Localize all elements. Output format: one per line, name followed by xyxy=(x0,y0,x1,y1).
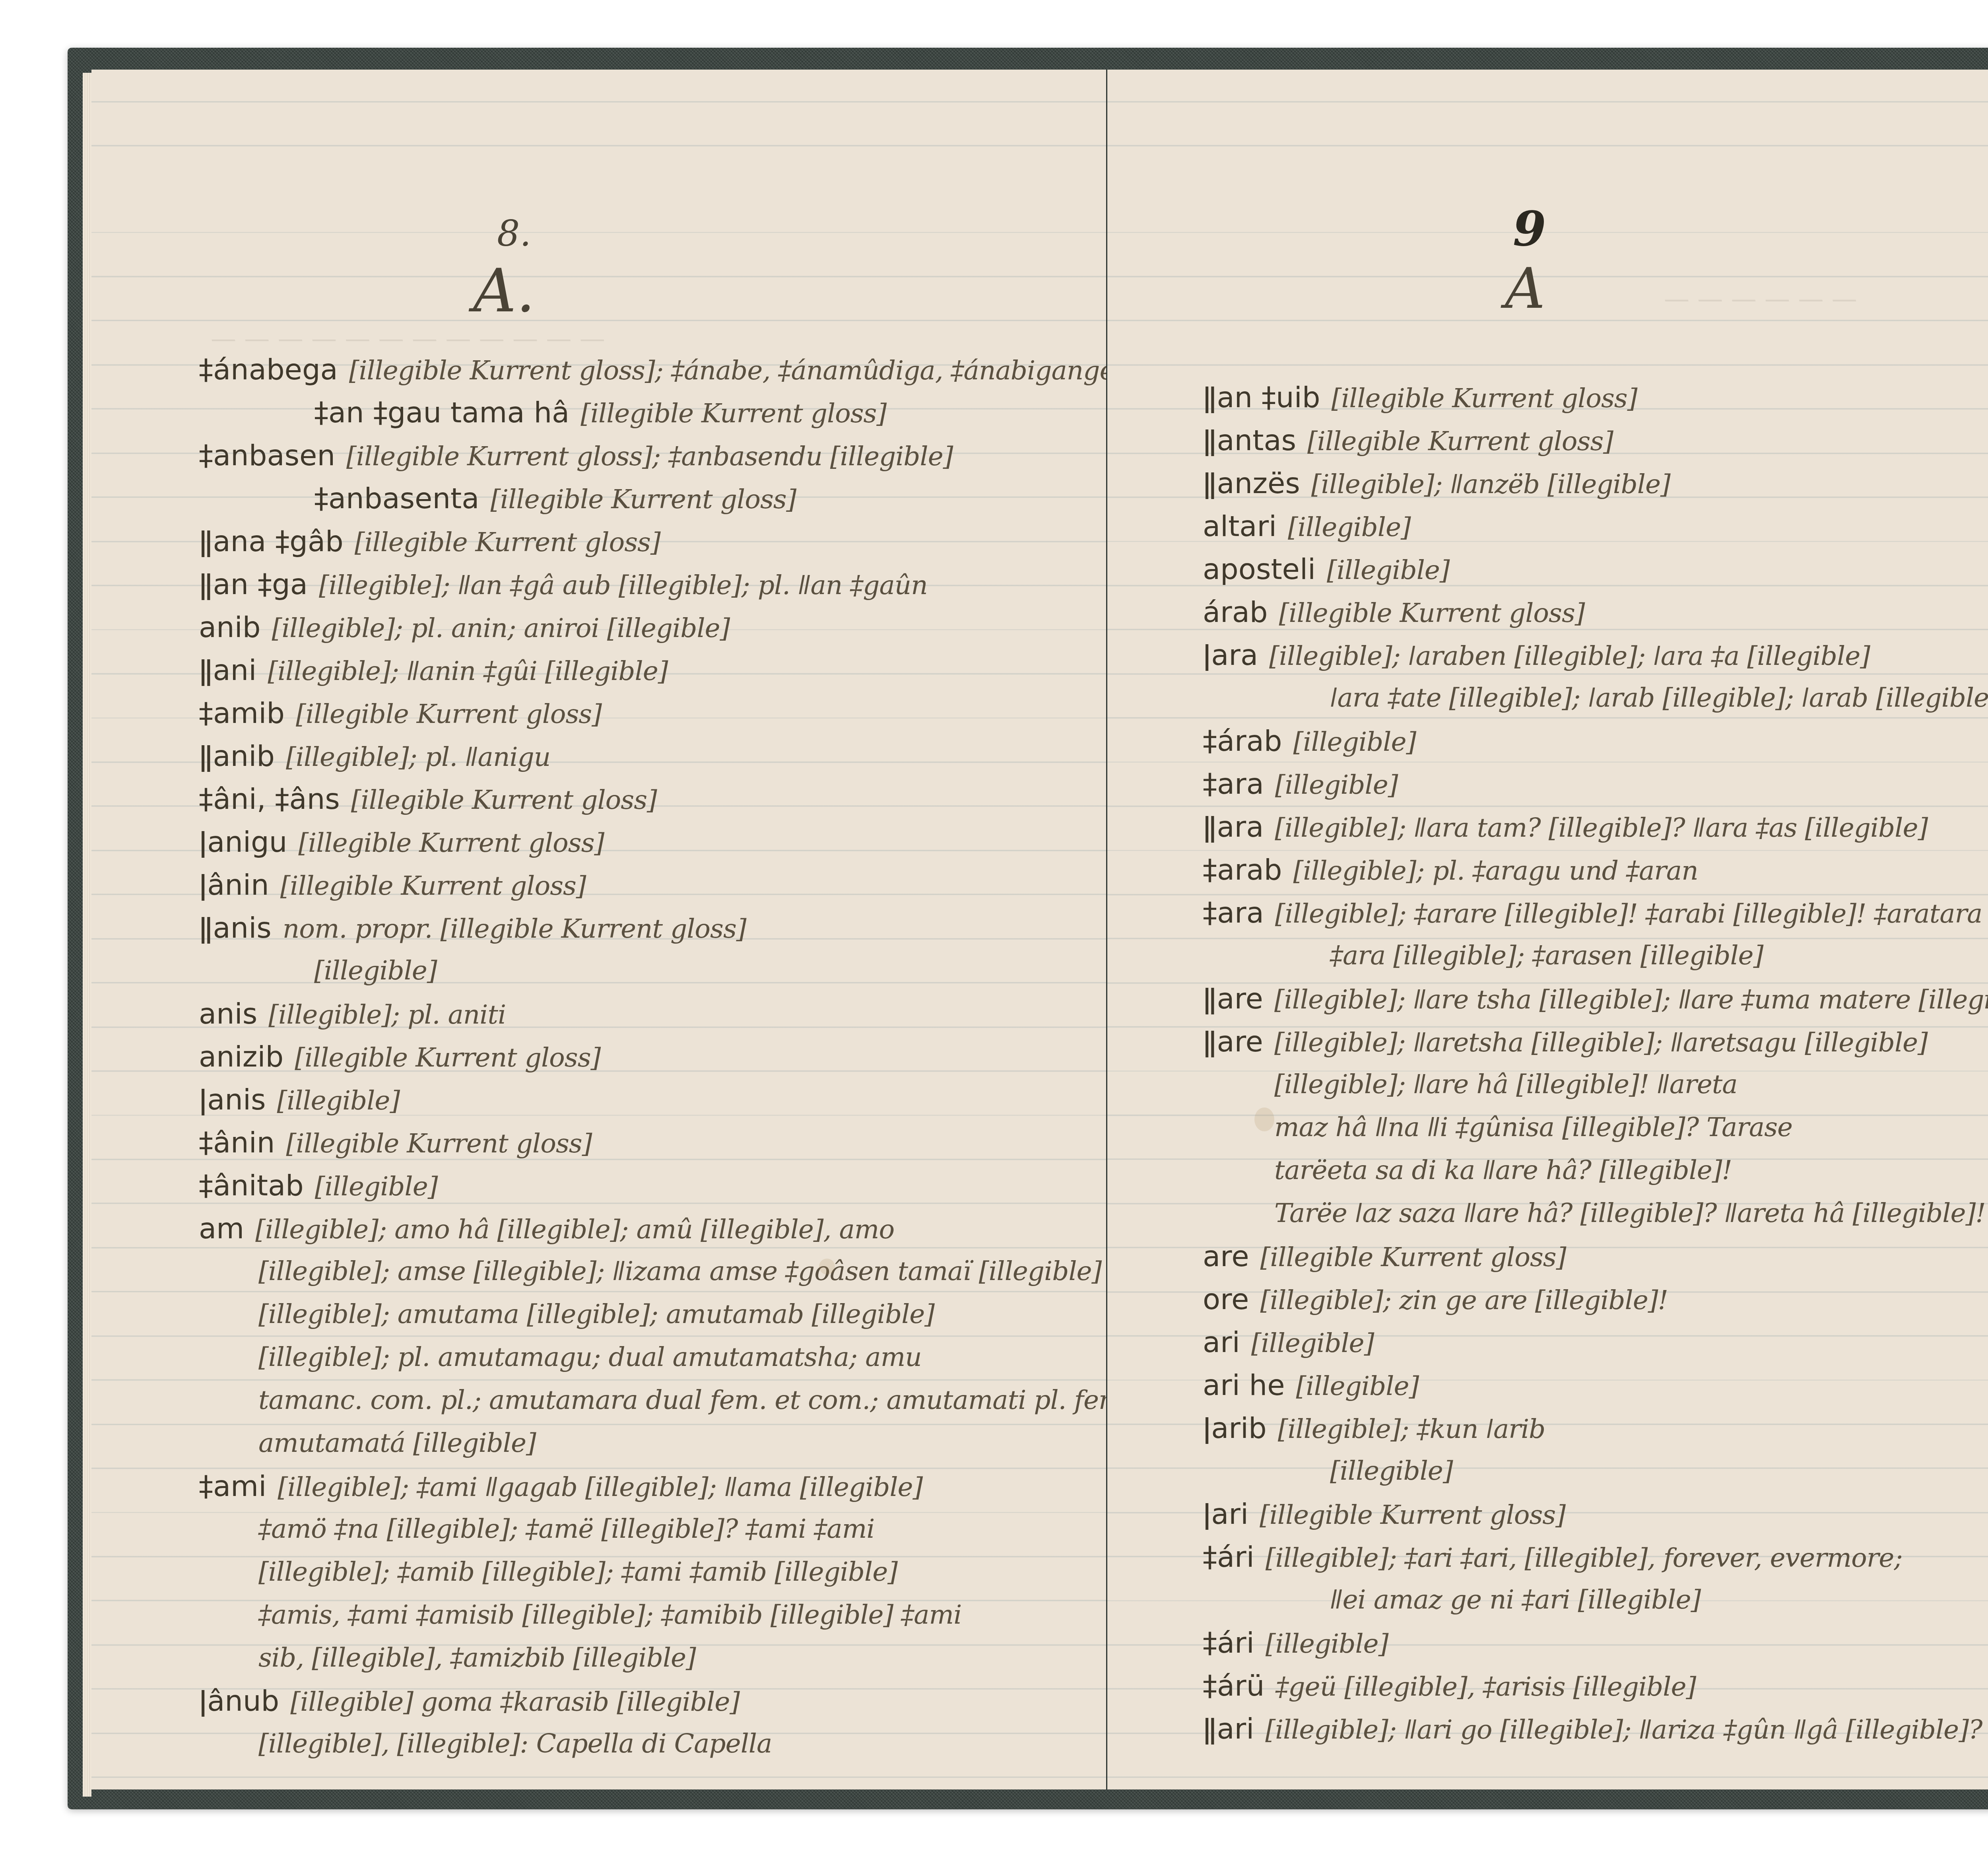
dictionary-entry-line: ǀara[illegible]; ǀaraben [illegible]; ǀa… xyxy=(1107,633,1988,676)
headword: ǁare xyxy=(1203,982,1263,1015)
dictionary-entry-line: ‡amis, ‡ami ‡amisib [illegible]; ‡amibib… xyxy=(91,1593,1106,1636)
headword: ǁani xyxy=(199,653,256,687)
dictionary-entry-line: ‡ári[illegible] xyxy=(1107,1621,1988,1664)
headword: aposteli xyxy=(1203,552,1316,586)
gloss: [illegible]; ǁanin ‡gûi [illegible] xyxy=(268,656,668,686)
dictionary-entry-line: [illegible]; ǁare hâ [illegible]! ǁareta xyxy=(1107,1063,1988,1106)
gloss: [illegible]; ‡kun ǀarib xyxy=(1278,1414,1545,1444)
gloss: ǁei amaz ge ni ‡ari [illegible] xyxy=(1330,1584,1701,1615)
headword: ‡ami xyxy=(199,1469,266,1503)
dictionary-entry-line: anis[illegible]; pl. aniti xyxy=(91,992,1106,1035)
dictionary-entry-line: Tarëe ǀaz saza ǁare hâ? [illegible]? ǁar… xyxy=(1107,1192,1988,1235)
dictionary-entry-line: am[illegible]; amo hâ [illegible]; amû [… xyxy=(91,1207,1106,1250)
dictionary-entry-line: ǁari[illegible]; ǁari go [illegible]; ǁa… xyxy=(1107,1707,1988,1750)
page-number: 8. xyxy=(497,213,531,255)
headword: ‡ári xyxy=(1203,1540,1254,1574)
headword: am xyxy=(199,1212,244,1245)
dictionary-entry-line: ‡ânin[illegible Kurrent gloss] xyxy=(91,1121,1106,1164)
section-letter: A xyxy=(1505,256,1545,321)
gloss: [illegible] xyxy=(277,1085,400,1116)
dictionary-entry-line: ǁan ‡ga[illegible]; ǁan ‡gâ aub [illegib… xyxy=(91,563,1106,606)
dictionary-entry-line: ǁare[illegible]; ǁaretsha [illegible]; ǁ… xyxy=(1107,1020,1988,1063)
dictionary-entry-line: [illegible]; pl. amutamagu; dual amutama… xyxy=(91,1336,1106,1379)
dictionary-entry-line: altari[illegible] xyxy=(1107,505,1988,548)
dictionary-entry-line: ǀanis[illegible] xyxy=(91,1078,1106,1121)
gloss: ǀara ‡ate [illegible]; ǀarab [illegible]… xyxy=(1330,682,1988,713)
dictionary-entry-line: ‡ânitab[illegible] xyxy=(91,1164,1106,1207)
dictionary-entry-line: ǀânub[illegible] goma ‡karasib [illegibl… xyxy=(91,1679,1106,1722)
headword: ǁantas xyxy=(1203,424,1296,457)
gloss: [illegible] xyxy=(314,955,437,986)
headword: anis xyxy=(199,997,257,1030)
gloss: [illegible Kurrent gloss] xyxy=(1307,426,1613,457)
gloss: nom. propr. [illegible Kurrent gloss] xyxy=(283,913,746,944)
dictionary-entry-line: ‡amö ‡na [illegible]; ‡amë [illegible]? … xyxy=(91,1508,1106,1550)
gloss: ‡geü [illegible], ‡arisis [illegible] xyxy=(1276,1671,1696,1702)
gloss: [illegible]; ǀaraben [illegible]; ǀara ‡… xyxy=(1269,641,1870,671)
dictionary-entry-line: ǀanigu[illegible Kurrent gloss] xyxy=(91,820,1106,863)
headword: ǀânin xyxy=(199,868,269,901)
headword: ‡âni, ‡âns xyxy=(199,782,340,816)
dictionary-entry-line: ‡anbasenta[illegible Kurrent gloss] xyxy=(91,477,1106,520)
gloss: [illegible]; ǁanzëb [illegible] xyxy=(1311,469,1670,499)
dictionary-entry-line: [illegible], [illegible]: Capella di Cap… xyxy=(91,1722,1106,1765)
headword: árab xyxy=(1203,595,1268,629)
dictionary-entry-line: ‡ara [illegible]; ‡arasen [illegible] xyxy=(1107,934,1988,977)
gloss: [illegible Kurrent gloss] xyxy=(1279,598,1585,628)
gloss: [illegible] xyxy=(1327,555,1450,585)
dictionary-entry-line: ‡ári[illegible]; ‡ari ‡ari, [illegible],… xyxy=(1107,1535,1988,1578)
dictionary-entry-line: are[illegible Kurrent gloss] xyxy=(1107,1235,1988,1278)
gloss: sib, [illegible], ‡amizbib [illegible] xyxy=(258,1642,696,1673)
dictionary-entry-line: ǀânin[illegible Kurrent gloss] xyxy=(91,863,1106,906)
headword: altari xyxy=(1203,509,1277,543)
headword: ‡anbasen xyxy=(199,439,335,472)
gloss: [illegible], [illegible]: Capella di Cap… xyxy=(258,1728,772,1759)
gloss: [illegible Kurrent gloss] xyxy=(1331,383,1637,414)
gloss: [illegible]; ǁan ‡gâ aub [illegible]; pl… xyxy=(319,570,928,600)
dictionary-entry-line: árab[illegible Kurrent gloss] xyxy=(1107,591,1988,633)
page-number: 9 xyxy=(1513,201,1546,257)
gloss: [illegible]; pl. ‡aragu und ‡aran xyxy=(1293,855,1698,886)
gloss: [illegible]; ǁare hâ [illegible]! ǁareta xyxy=(1274,1069,1738,1100)
gloss: [illegible Kurrent gloss] xyxy=(296,699,602,729)
headword: ‡árü xyxy=(1203,1669,1264,1702)
dictionary-entry-line: ǁantas[illegible Kurrent gloss] xyxy=(1107,419,1988,462)
headword: ǁanib xyxy=(199,739,275,773)
gloss: [illegible]; ǁaretsha [illegible]; ǁaret… xyxy=(1274,1027,1928,1058)
dictionary-entry-line: ǁani[illegible]; ǁanin ‡gûi [illegible] xyxy=(91,649,1106,692)
gloss: maz hâ ǁna ǁi ‡gûnisa [illegible]? Taras… xyxy=(1274,1112,1792,1142)
gloss: [illegible] xyxy=(1266,1628,1388,1659)
headword: ǁana ‡gâb xyxy=(199,525,344,558)
dictionary-entry-line: ‡an ‡gau tama hâ[illegible Kurrent gloss… xyxy=(91,391,1106,434)
gloss: ‡amis, ‡ami ‡amisib [illegible]; ‡amibib… xyxy=(258,1599,961,1630)
dictionary-entry-line: ‡anbasen[illegible Kurrent gloss]; ‡anba… xyxy=(91,434,1106,477)
gloss: amutamatá [illegible] xyxy=(258,1428,536,1458)
section-letter: A. xyxy=(473,256,535,326)
dictionary-entry-line: ‡âni, ‡âns[illegible Kurrent gloss] xyxy=(91,777,1106,820)
headword: ǁari xyxy=(1203,1712,1254,1745)
dictionary-entry-line: ‡ara[illegible] xyxy=(1107,762,1988,805)
dictionary-entry-line: ‡ara[illegible]; ‡arare [illegible]! ‡ar… xyxy=(1107,891,1988,934)
headword: ǁan ‡ga xyxy=(199,567,308,601)
dictionary-entry-line: ‡ánabega[illegible Kurrent gloss]; ‡ánab… xyxy=(91,348,1106,391)
gloss: [illegible]; ‡ari ‡ari, [illegible], for… xyxy=(1266,1543,1903,1573)
headword: ari xyxy=(1203,1325,1240,1359)
gloss: [illegible Kurrent gloss] xyxy=(295,1042,600,1073)
gloss: [illegible] xyxy=(1293,727,1416,757)
gloss: [illegible]; amutama [illegible]; amutam… xyxy=(258,1299,934,1329)
headword: ‡ara xyxy=(1203,767,1264,800)
dictionary-entry-line: [illegible]; ‡amib [illegible]; ‡ami ‡am… xyxy=(91,1550,1106,1593)
gloss: [illegible] xyxy=(1288,512,1411,542)
gloss: [illegible]; zin ge are [illegible]! xyxy=(1260,1285,1668,1315)
gloss: Tarëe ǀaz saza ǁare hâ? [illegible]? ǁar… xyxy=(1274,1198,1986,1228)
gloss: tarëeta sa di ka ǁare hâ? [illegible]! xyxy=(1274,1155,1732,1185)
headword: ‡ánabega xyxy=(199,353,338,386)
dictionary-entry-line: ǁan ‡uib[illegible Kurrent gloss] xyxy=(1107,376,1988,419)
gloss: [illegible]; amse [illegible]; ǁizama am… xyxy=(258,1256,1101,1286)
dictionary-entry-line: [illegible]; amutama [illegible]; amutam… xyxy=(91,1293,1106,1336)
dictionary-entry-line: ǀarib[illegible]; ‡kun ǀarib xyxy=(1107,1407,1988,1449)
headword: ‡ara xyxy=(1203,896,1264,929)
gloss: [illegible]; ‡arare [illegible]! ‡arabi … xyxy=(1275,898,1988,929)
gloss: [illegible] xyxy=(1296,1371,1419,1401)
dictionary-entry-line: ǁanib[illegible]; pl. ǁanigu xyxy=(91,734,1106,777)
headword: ǁara xyxy=(1203,810,1264,843)
headword: ǁanzës xyxy=(1203,466,1300,500)
headword: ‡arab xyxy=(1203,853,1282,886)
left-page: — — — — — — — — — — — — 8. A. ‡ánabega[i… xyxy=(91,70,1107,1789)
gloss: [illegible] xyxy=(1330,1455,1453,1486)
headword: ‡ári xyxy=(1203,1626,1254,1659)
headword: ǁanis xyxy=(199,911,272,944)
headword: anib xyxy=(199,610,260,644)
dictionary-entry-line: ǁanzës[illegible]; ǁanzëb [illegible] xyxy=(1107,462,1988,505)
dictionary-entry-line: ore[illegible]; zin ge are [illegible]! xyxy=(1107,1278,1988,1321)
dictionary-entries: ‡ánabega[illegible Kurrent gloss]; ‡ánab… xyxy=(91,348,1106,1765)
gloss: [illegible]; pl. aniti xyxy=(268,999,506,1030)
dictionary-entry-line: tamanc. com. pl.; amutamara dual fem. et… xyxy=(91,1379,1106,1422)
headword: ‡ânin xyxy=(199,1126,275,1159)
dictionary-entry-line: ‡árab[illegible] xyxy=(1107,719,1988,762)
gloss: [illegible Kurrent gloss] xyxy=(490,484,796,515)
dictionary-entry-line: ‡árü‡geü [illegible], ‡arisis [illegible… xyxy=(1107,1664,1988,1707)
headword: ‡anbasenta xyxy=(314,482,479,515)
gloss: [illegible Kurrent gloss] xyxy=(355,527,660,558)
gloss: [illegible]; ǁara tam? [illegible]? ǁara… xyxy=(1275,812,1928,843)
headword: anizib xyxy=(199,1040,283,1073)
headword: ari he xyxy=(1203,1368,1285,1402)
dictionary-entries: ǁan ‡uib[illegible Kurrent gloss]ǁantas[… xyxy=(1107,376,1988,1750)
gloss: [illegible] goma ‡karasib [illegible] xyxy=(290,1686,740,1717)
dictionary-entry-line: ǁare[illegible]; ǁare tsha [illegible]; … xyxy=(1107,977,1988,1020)
gloss: [illegible Kurrent gloss] xyxy=(286,1128,592,1159)
dictionary-entry-line: ǁei amaz ge ni ‡ari [illegible] xyxy=(1107,1578,1988,1621)
right-page: — — — — — — 9 A ǁan ‡uib[illegible Kurre… xyxy=(1107,70,1988,1789)
dictionary-entry-line: tarëeta sa di ka ǁare hâ? [illegible]! xyxy=(1107,1149,1988,1192)
dictionary-entry-line: ǁana ‡gâb[illegible Kurrent gloss] xyxy=(91,520,1106,563)
gloss: [illegible Kurrent gloss] xyxy=(351,785,657,815)
gloss: [illegible Kurrent gloss]; ‡anbasendu [i… xyxy=(346,441,953,472)
paper-stain xyxy=(819,1259,835,1274)
gloss: [illegible]; pl. amutamagu; dual amutama… xyxy=(258,1342,922,1372)
gloss: [illegible Kurrent gloss]; ‡ánabe, ‡ánam… xyxy=(349,355,1106,386)
gloss: [illegible] xyxy=(1251,1328,1374,1358)
headword: ‡amib xyxy=(199,696,285,730)
gloss: [illegible Kurrent gloss] xyxy=(298,828,604,858)
dictionary-entry-line: ǀari[illegible Kurrent gloss] xyxy=(1107,1492,1988,1535)
gloss: [illegible]; ǁari go [illegible]; ǁariza… xyxy=(1265,1714,1982,1745)
headword: ǀanigu xyxy=(199,825,287,859)
headword: ‡árab xyxy=(1203,724,1282,758)
dictionary-entry-line: sib, [illegible], ‡amizbib [illegible] xyxy=(91,1636,1106,1679)
gloss: ‡ara [illegible]; ‡arasen [illegible] xyxy=(1330,940,1763,971)
headword: ‡ânitab xyxy=(199,1169,304,1202)
headword: ore xyxy=(1203,1282,1249,1316)
show-through-text: — — — — — — xyxy=(1664,284,1857,314)
dictionary-entry-line: ǀara ‡ate [illegible]; ǀarab [illegible]… xyxy=(1107,676,1988,719)
gloss: [illegible Kurrent gloss] xyxy=(580,398,886,429)
headword: are xyxy=(1203,1239,1249,1273)
dictionary-entry-line: ‡amib[illegible Kurrent gloss] xyxy=(91,692,1106,734)
gloss: [illegible]; amo hâ [illegible]; amû [il… xyxy=(255,1214,894,1245)
headword: ǀânub xyxy=(199,1684,279,1717)
headword: ǀanis xyxy=(199,1083,266,1116)
dictionary-entry-line: aposteli[illegible] xyxy=(1107,548,1988,591)
headword: ‡an ‡gau tama hâ xyxy=(314,396,569,429)
gloss: [illegible]; ‡ami ǁgagab [illegible]; ǁa… xyxy=(278,1472,922,1502)
dictionary-entry-line: ari[illegible] xyxy=(1107,1321,1988,1364)
dictionary-entry-line: amutamatá [illegible] xyxy=(91,1422,1106,1465)
dictionary-entry-line: ‡ami[illegible]; ‡ami ǁgagab [illegible]… xyxy=(91,1465,1106,1508)
dictionary-entry-line: ǁanisnom. propr. [illegible Kurrent glos… xyxy=(91,906,1106,949)
headword: ǀara xyxy=(1203,638,1258,672)
gloss: [illegible] xyxy=(315,1171,438,1202)
gloss: tamanc. com. pl.; amutamara dual fem. et… xyxy=(258,1385,1106,1415)
gloss: [illegible]; pl. anin; aniroi [illegible… xyxy=(272,613,730,643)
gloss: [illegible]; ‡amib [illegible]; ‡ami ‡am… xyxy=(258,1556,897,1587)
gloss: [illegible] xyxy=(1275,769,1398,800)
headword: ǀari xyxy=(1203,1497,1248,1531)
headword: ǁare xyxy=(1203,1025,1263,1058)
gloss: [illegible Kurrent gloss] xyxy=(1260,1242,1566,1273)
paper-stain xyxy=(1254,1107,1274,1131)
dictionary-entry-line: anizib[illegible Kurrent gloss] xyxy=(91,1035,1106,1078)
headword: ǁan ‡uib xyxy=(1203,381,1320,414)
dictionary-entry-line: anib[illegible]; pl. anin; aniroi [illeg… xyxy=(91,606,1106,649)
dictionary-entry-line: [illegible] xyxy=(1107,1449,1988,1492)
gloss: [illegible Kurrent gloss] xyxy=(280,870,586,901)
gloss: ‡amö ‡na [illegible]; ‡amë [illegible]? … xyxy=(258,1513,874,1544)
dictionary-entry-line: [illegible] xyxy=(91,949,1106,992)
gloss: [illegible]; ǁare tsha [illegible]; ǁare… xyxy=(1274,984,1988,1015)
gloss: [illegible]; pl. ǁanigu xyxy=(286,742,550,772)
dictionary-entry-line: ari he[illegible] xyxy=(1107,1364,1988,1407)
gloss: [illegible Kurrent gloss] xyxy=(1260,1500,1565,1530)
dictionary-entry-line: ǁara[illegible]; ǁara tam? [illegible]? … xyxy=(1107,805,1988,848)
headword: ǀarib xyxy=(1203,1411,1267,1445)
dictionary-entry-line: maz hâ ǁna ǁi ‡gûnisa [illegible]? Taras… xyxy=(1107,1106,1988,1149)
dictionary-entry-line: ‡arab[illegible]; pl. ‡aragu und ‡aran xyxy=(1107,848,1988,891)
dictionary-entry-line: [illegible]; amse [illegible]; ǁizama am… xyxy=(91,1250,1106,1293)
